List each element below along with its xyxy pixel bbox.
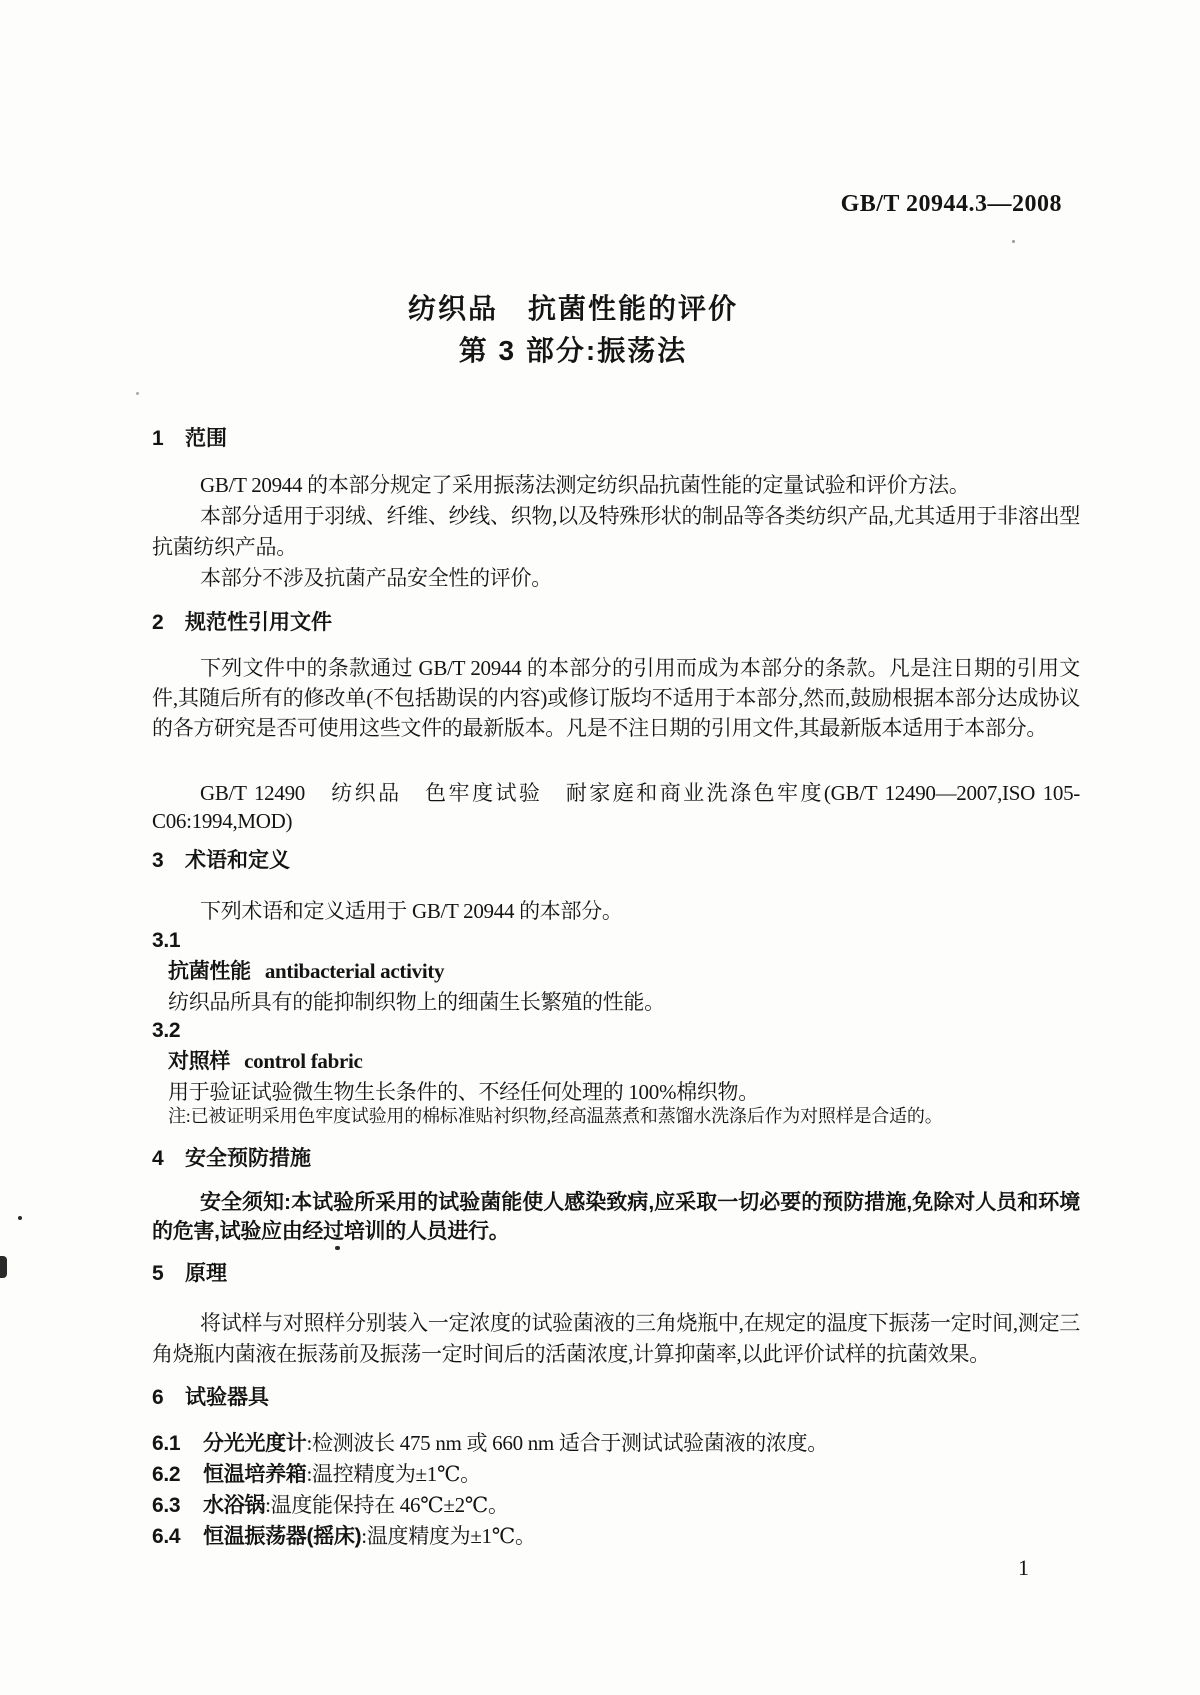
section-1-title: 范围 [185,427,227,450]
section-6-title: 试验器具 [185,1386,269,1409]
scan-speck-2 [335,1246,340,1250]
scope-paragraph-1: GB/T 20944 的本部分规定了采用振荡法测定纺织品抗菌性能的定量试验和评价… [152,470,1080,501]
apparatus-item-6-4: 6.4恒温振荡器(摇床):温度精度为±1℃。 [152,1521,1080,1552]
apparatus-item-6-1: 6.1分光光度计:检测波长 475 nm 或 660 nm 适合于测试试验菌液的… [152,1428,1080,1459]
term-3-2-name: 对照样control fabric [152,1046,1080,1077]
apparatus-6-2-number: 6.2 [152,1459,203,1490]
section-2-heading: 2规范性引用文件 [152,610,1080,636]
term-3-2-definition: 用于验证试验微生物生长条件的、不经任何处理的 100%棉织物。 [152,1077,1080,1107]
standard-number: GB/T 20944.3—2008 [841,191,1062,218]
section-4-title: 安全预防措施 [185,1147,311,1170]
term-3-1-definition: 纺织品所具有的能抑制织物上的细菌生长繁殖的性能。 [152,987,1080,1017]
section-5-number: 5 [152,1261,185,1287]
term-3-2-name-en: control fabric [244,1049,362,1073]
scope-paragraph-3: 本部分不涉及抗菌产品安全性的评价。 [152,563,1080,594]
section-5-title: 原理 [185,1262,227,1285]
apparatus-6-4-description: :温度精度为±1℃。 [361,1524,535,1548]
scan-speck-3 [1012,240,1015,243]
term-3-1-name: 抗菌性能antibacterial activity [152,956,1080,987]
apparatus-6-3-description: :温度能保持在 46℃±2℃。 [265,1493,509,1517]
term-item-3-1: 3.1 抗菌性能antibacterial activity 纺织品所具有的能抑… [152,926,1080,1017]
scan-speck-1 [18,1216,22,1220]
term-3-2-name-zh: 对照样 [168,1050,230,1073]
section-4-heading: 4安全预防措施 [152,1146,1080,1172]
apparatus-6-2-description: :温控精度为±1℃。 [307,1462,481,1486]
principle-paragraph: 将试样与对照样分别装入一定浓度的试验菌液的三角烧瓶中,在规定的温度下振荡一定时间… [152,1308,1080,1370]
section-3-title: 术语和定义 [185,849,290,872]
apparatus-6-4-number: 6.4 [152,1521,203,1552]
section-1-number: 1 [152,426,185,452]
scope-paragraph-2: 本部分适用于羽绒、纤维、纱线、织物,以及特殊形状的制品等各类纺织产品,尤其适用于… [152,501,1080,563]
scan-speck-4 [136,392,139,395]
normative-references-paragraph: 下列文件中的条款通过 GB/T 20944 的本部分的引用而成为本部分的条款。凡… [152,653,1080,743]
document-title-line-1: 纺织品 抗菌性能的评价 [28,288,1118,330]
term-item-3-2: 3.2 对照样control fabric 用于验证试验微生物生长条件的、不经任… [152,1016,1080,1107]
scan-edge-mark [0,1256,7,1278]
normative-reference-entry: GB/T 12490 纺织品 色牢度试验 耐家庭和商业洗涤色牢度(GB/T 12… [152,779,1080,835]
terms-intro: 下列术语和定义适用于 GB/T 20944 的本部分。 [152,896,1080,927]
safety-warning: 安全须知:本试验所采用的试验菌能使人感染致病,应采取一切必要的预防措施,免除对人… [152,1188,1080,1246]
section-6-heading: 6试验器具 [152,1385,1080,1411]
term-3-1-name-en: antibacterial activity [265,959,444,983]
term-3-1-number: 3.1 [152,926,1080,956]
section-5-heading: 5原理 [152,1261,1080,1287]
page-number: 1 [1018,1555,1029,1581]
section-3-heading: 3术语和定义 [152,848,1080,874]
apparatus-6-1-number: 6.1 [152,1428,203,1459]
scanned-standard-page: GB/T 20944.3—2008 纺织品 抗菌性能的评价 第 3 部分:振荡法… [0,0,1200,1695]
apparatus-6-1-description: :检测波长 475 nm 或 660 nm 适合于测试试验菌液的浓度。 [307,1431,829,1455]
section-4-number: 4 [152,1146,185,1172]
document-title-line-2: 第 3 部分:振荡法 [28,330,1118,372]
apparatus-6-3-term: 水浴锅 [203,1494,265,1517]
apparatus-6-4-term: 恒温振荡器(摇床) [203,1525,361,1548]
apparatus-6-2-term: 恒温培养箱 [203,1463,307,1486]
term-3-2-number: 3.2 [152,1016,1080,1046]
section-2-title: 规范性引用文件 [185,611,332,634]
apparatus-list: 6.1分光光度计:检测波长 475 nm 或 660 nm 适合于测试试验菌液的… [152,1428,1080,1552]
apparatus-6-1-term: 分光光度计 [203,1432,307,1455]
apparatus-6-3-number: 6.3 [152,1490,203,1521]
apparatus-item-6-2: 6.2恒温培养箱:温控精度为±1℃。 [152,1459,1080,1490]
document-title: 纺织品 抗菌性能的评价 第 3 部分:振荡法 [28,288,1118,372]
section-6-number: 6 [152,1385,185,1411]
section-3-number: 3 [152,848,185,874]
section-1-heading: 1范围 [152,426,1080,452]
term-3-2-note: 注:已被证明采用色牢度试验用的棉标准贴衬织物,经高温蒸煮和蒸馏水洗涤后作为对照样… [152,1104,1096,1128]
apparatus-item-6-3: 6.3水浴锅:温度能保持在 46℃±2℃。 [152,1490,1080,1521]
section-2-number: 2 [152,610,185,636]
term-3-1-name-zh: 抗菌性能 [168,960,251,983]
